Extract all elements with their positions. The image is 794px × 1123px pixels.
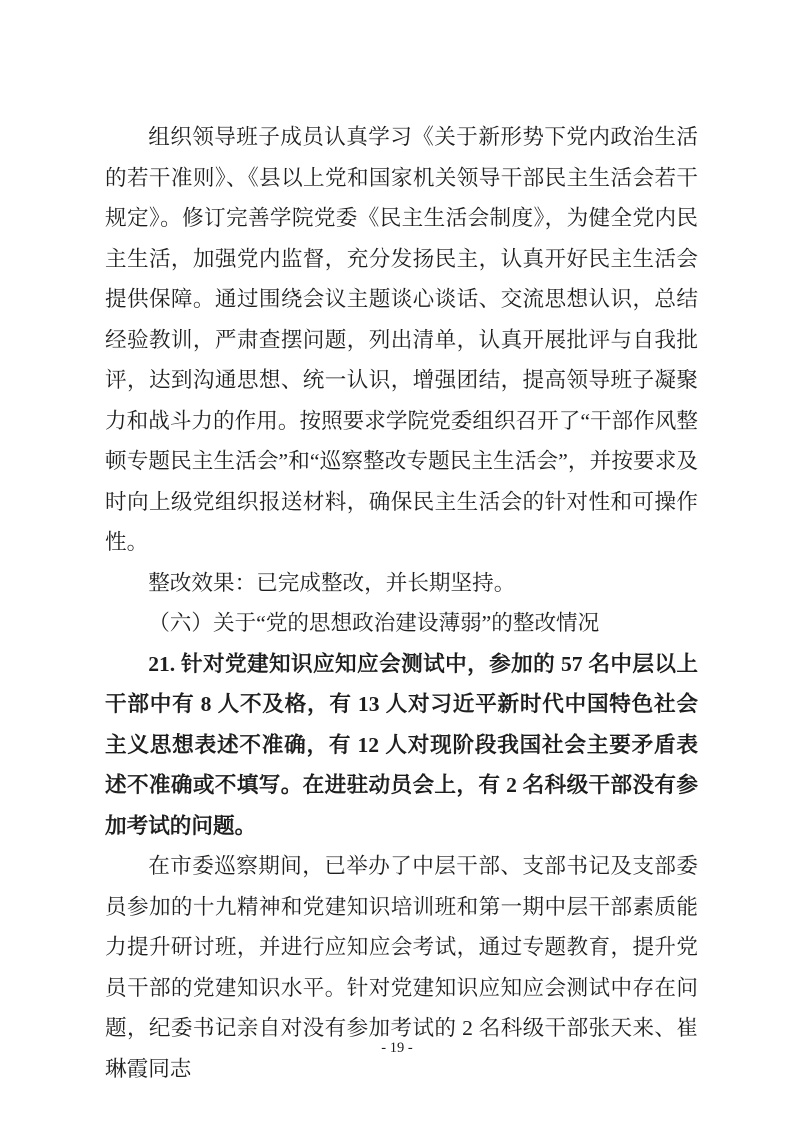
paragraph-issue-21: 21. 针对党建知识应知应会测试中，参加的 57 名中层以上干部中有 8 人不及…: [105, 644, 698, 847]
document-page: 组织领导班子成员认真学习《关于新形势下党内政治生活的若干准则》、《县以上党和国家…: [0, 0, 794, 1123]
page-footer: - 19 -: [0, 1038, 794, 1058]
page-number: - 19 -: [381, 1040, 412, 1056]
paragraph-rectification-result: 整改效果：已完成整改，并长期坚持。: [105, 563, 698, 604]
section-heading-six: （六）关于“党的思想政治建设薄弱”的整改情况: [105, 603, 698, 644]
paragraph-learning-democratic-life: 组织领导班子成员认真学习《关于新形势下党内政治生活的若干准则》、《县以上党和国家…: [105, 117, 698, 563]
document-content: 组织领导班子成员认真学习《关于新形势下党内政治生活的若干准则》、《县以上党和国家…: [105, 117, 698, 1089]
